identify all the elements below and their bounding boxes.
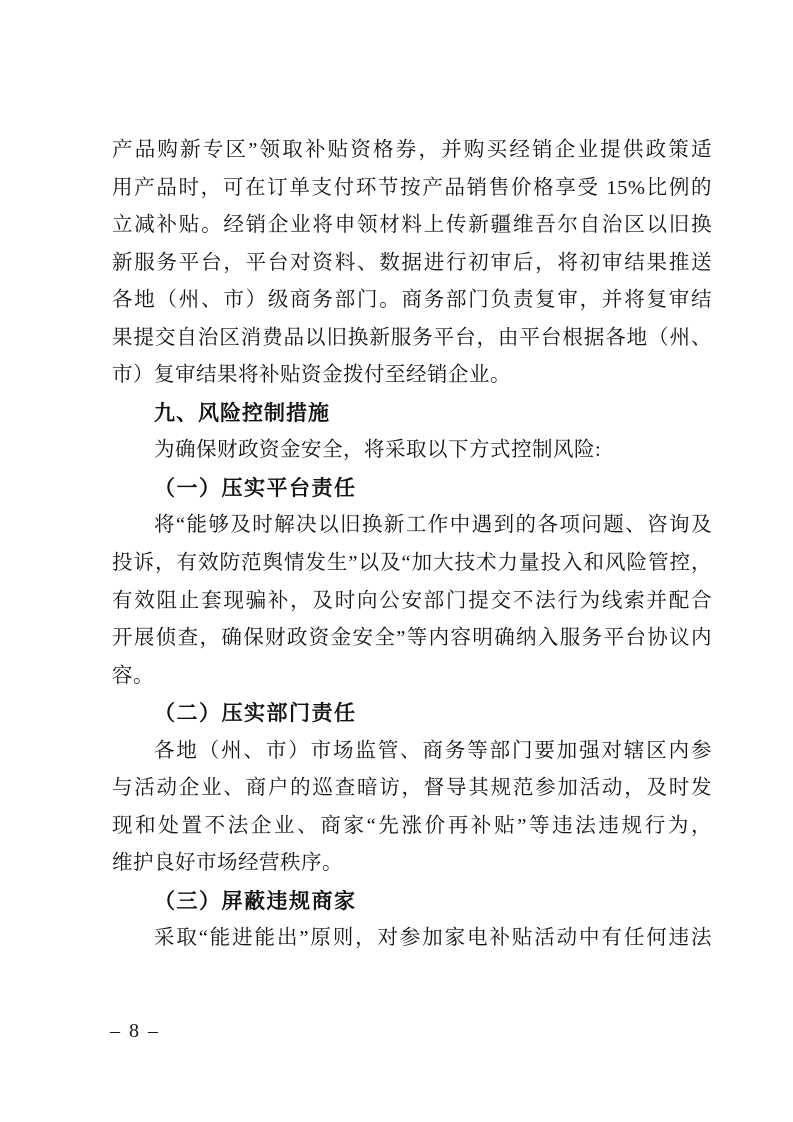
body-text-line: 各地（州、市）级商务部门。商务部门负责复审，并将复审结	[112, 282, 712, 320]
document-text-block: 产品购新专区”领取补贴资格券，并购买经销企业提供政策适 用产品时，可在订单支付环…	[112, 132, 712, 958]
body-text-line: 将“能够及时解决以旧换新工作中遇到的各项问题、咨询及	[112, 507, 712, 545]
body-text-line: 容。	[112, 658, 712, 696]
body-text-line: 投诉，有效防范舆情发生”以及“加大技术力量投入和风险管控，	[112, 545, 712, 583]
body-text-line: 有效阻止套现骗补，及时向公安部门提交不法行为线索并配合	[112, 583, 712, 621]
body-text-line: 用产品时，可在订单支付环节按产品销售价格享受 15%比例的	[112, 170, 712, 208]
body-text-line: 维护良好市场经营秩序。	[112, 845, 712, 883]
body-text-line: 各地（州、市）市场监管、商务等部门要加强对辖区内参	[112, 733, 712, 771]
page-number: – 8 –	[110, 1019, 160, 1043]
body-text-line: 开展侦查，确保财政资金安全”等内容明确纳入服务平台协议内	[112, 620, 712, 658]
body-text-line: 为确保财政资金安全，将采取以下方式控制风险:	[112, 432, 712, 470]
body-text-line: 现和处置不法企业、商家“先涨价再补贴”等违法违规行为，	[112, 808, 712, 846]
body-text-line: 果提交自治区消费品以旧换新服务平台，由平台根据各地（州、	[112, 320, 712, 358]
body-text-line: 与活动企业、商户的巡查暗访，督导其规范参加活动，及时发	[112, 770, 712, 808]
document-page: 产品购新专区”领取补贴资格券，并购买经销企业提供政策适 用产品时，可在订单支付环…	[0, 0, 793, 1122]
subsection-2-heading: （二）压实部门责任	[112, 695, 712, 733]
body-text-line: 采取“能进能出”原则，对参加家电补贴活动中有任何违法	[112, 920, 712, 958]
subsection-3-heading: （三）屏蔽违规商家	[112, 883, 712, 921]
subsection-1-heading: （一）压实平台责任	[112, 470, 712, 508]
body-text-line: 市）复审结果将补贴资金拨付至经销企业。	[112, 357, 712, 395]
body-text-line: 立减补贴。经销企业将申领材料上传新疆维吾尔自治区以旧换	[112, 207, 712, 245]
body-text-line: 新服务平台，平台对资料、数据进行初审后，将初审结果推送	[112, 245, 712, 283]
section-9-heading: 九、风险控制措施	[112, 395, 712, 433]
body-text-line: 产品购新专区”领取补贴资格券，并购买经销企业提供政策适	[112, 132, 712, 170]
